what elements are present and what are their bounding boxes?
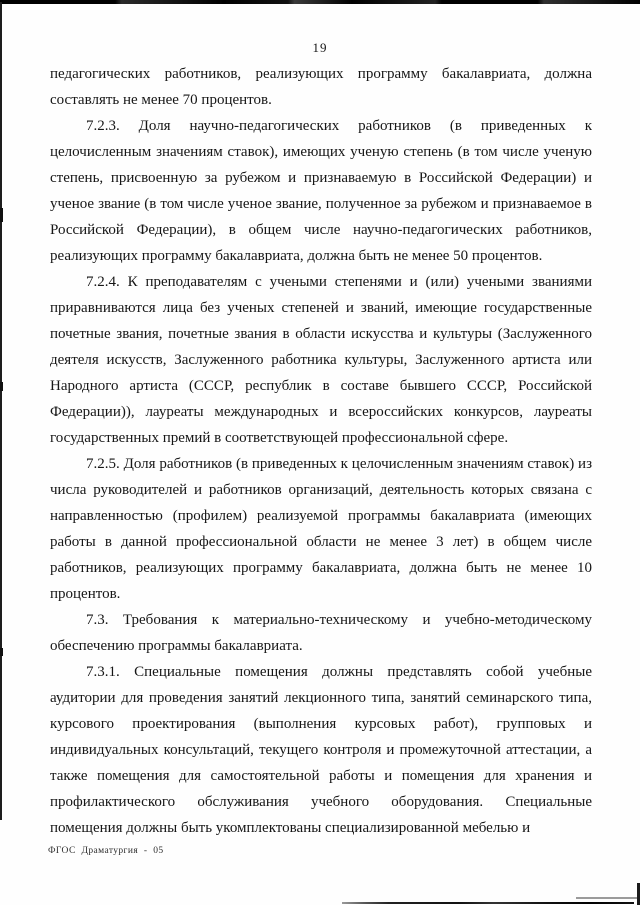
text-line: педагогических работников, реализующих п… <box>50 61 592 87</box>
text-line: степень, присвоенную за рубежом и призна… <box>50 165 592 191</box>
text-line: деятеля искусств, Заслуженного работника… <box>50 347 592 373</box>
text-body: педагогических работников, реализующих п… <box>50 61 592 841</box>
text-line: курсового проектирования (выполнения кур… <box>50 711 592 737</box>
text-line: 7.3. Требования к материально-техническо… <box>50 607 592 633</box>
text-line: приравниваются лица без ученых степеней … <box>50 295 592 321</box>
text-line: направленностью (профилем) реализуемой п… <box>50 503 592 529</box>
text-line: 7.2.3. Доля научно-педагогических работн… <box>50 113 592 139</box>
scan-artifact <box>0 382 3 391</box>
scan-edge-top <box>0 0 640 4</box>
text-line: работников, реализующих программу бакала… <box>50 555 592 581</box>
text-line: числа руководителей и работников организ… <box>50 477 592 503</box>
text-line: ученое звание (в том числе ученое звание… <box>50 191 592 217</box>
text-line: 7.3.1. Специальные помещения должны пред… <box>50 659 592 685</box>
scan-edge-bottom <box>342 902 634 904</box>
text-line: также помещения для самостоятельной рабо… <box>50 763 592 789</box>
page-number-value: 19 <box>313 40 328 55</box>
text-line: процентов. <box>50 581 592 607</box>
text-line: реализующих программу бакалавриата, долж… <box>50 243 592 269</box>
scan-artifact <box>576 897 638 899</box>
text-line: почетные звания, почетные звания в облас… <box>50 321 592 347</box>
text-line: работы в данной профессиональной области… <box>50 529 592 555</box>
text-line: аудитории для проведения занятий лекцион… <box>50 685 592 711</box>
scan-artifact <box>0 648 3 656</box>
text-line: помещения должны быть укомплектованы спе… <box>50 815 592 841</box>
text-line: 7.2.5. Доля работников (в приведенных к … <box>50 451 592 477</box>
text-line: обеспечению программы бакалавриата. <box>50 633 592 659</box>
text-line: Народного артиста (СССР, республик в сос… <box>50 373 592 399</box>
text-line: Федерации)), лауреаты международных и вс… <box>50 399 592 425</box>
scan-artifact <box>0 208 3 222</box>
scanned-document-page: 19 педагогических работников, реализующи… <box>0 0 640 905</box>
page-number: 19 <box>0 40 640 56</box>
text-line: составлять не менее 70 процентов. <box>50 87 592 113</box>
text-line: индивидуальных консультаций, текущего ко… <box>50 737 592 763</box>
text-line: целочисленным значениям ставок), имеющих… <box>50 139 592 165</box>
scan-edge-left <box>0 2 2 820</box>
text-line: Российской Федерации), в общем числе нау… <box>50 217 592 243</box>
text-line: 7.2.4. К преподавателям с учеными степен… <box>50 269 592 295</box>
text-line: государственных премий в соответствующей… <box>50 425 592 451</box>
footer-document-mark: ФГОС Драматургия - 05 <box>48 846 164 856</box>
text-line: профилактического обслуживания учебного … <box>50 789 592 815</box>
